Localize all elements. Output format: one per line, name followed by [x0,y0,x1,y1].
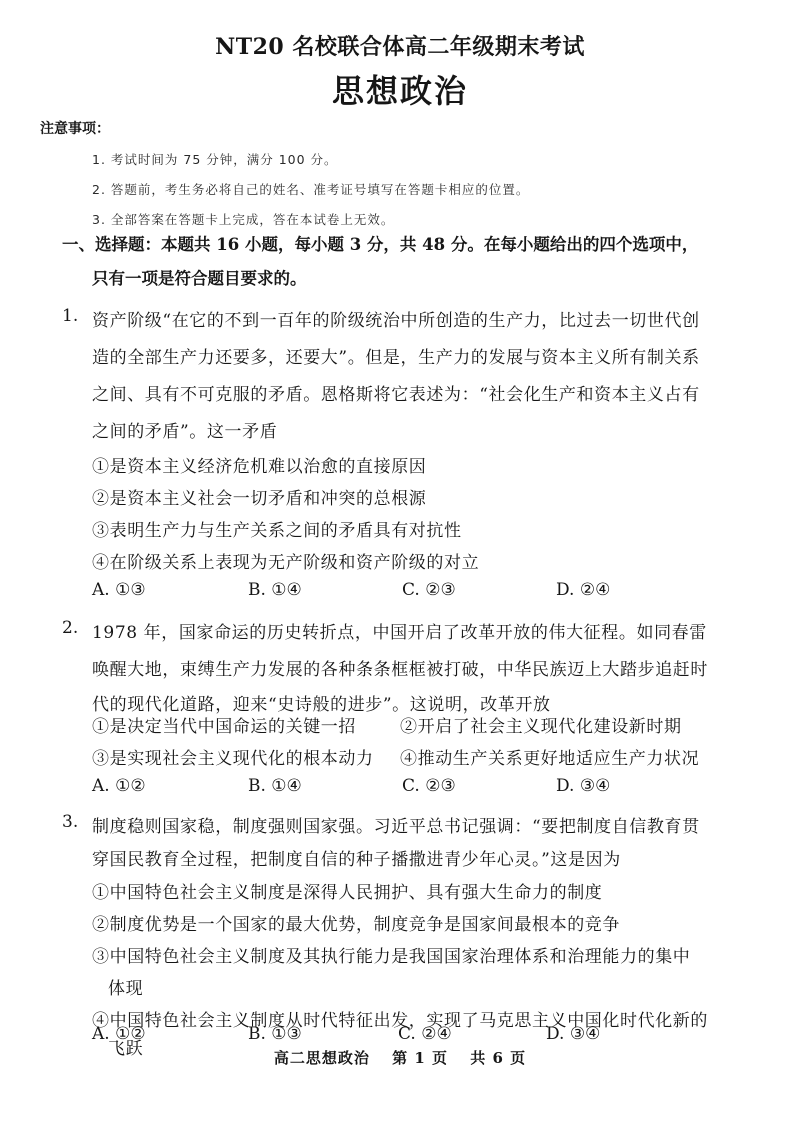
statement: ②制度优势是一个国家的最大优势，制度竞争是国家间最根本的竞争 [92,910,620,935]
choice-a: A. ①② [92,1024,146,1044]
statement: ④在阶级关系上表现为无产阶级和资产阶级的对立 [92,548,479,573]
choice-b: B. ①③ [248,1024,302,1044]
notice-item: 2. 答题前，考生务必将自己的姓名、准考证号填写在答题卡相应的位置。 [92,180,529,198]
choice-d: D. ③④ [546,1024,600,1044]
page-footer: 高二思想政治 第 1 页 共 6 页 [0,1047,800,1068]
question-stem-line: 唤醒大地，束缚生产力发展的各种条条框框被打破，中华民族迈上大踏步追赶时 [92,655,708,680]
choice-a: A. ①② [92,776,146,796]
choice-c: C. ②④ [398,1024,452,1044]
question-number: 2. [62,618,78,638]
choice-c: C. ②③ [402,776,456,796]
question-stem-line: 1978 年，国家命运的历史转折点，中国开启了改革开放的伟大征程。如同春雷 [92,618,707,643]
question-stem-line: 之间的矛盾”。这一矛盾 [92,417,277,442]
statement: ③表明生产力与生产关系之间的矛盾具有对抗性 [92,516,462,541]
section-line: 一、选择题：本题共 16 小题，每小题 3 分，共 48 分。在每小题给出的四个… [62,235,698,254]
footer-subject: 高二思想政治 [274,1049,370,1067]
question-number: 1. [62,306,78,326]
choice-d: D. ②④ [556,580,610,600]
choice-b: B. ①④ [248,580,302,600]
statement: ①中国特色社会主义制度是深得人民拥护、具有强大生命力的制度 [92,878,602,903]
choice-a: A. ①③ [92,580,146,600]
notice-heading: 注意事项： [40,118,110,138]
statement: ①是资本主义经济危机难以治愈的直接原因 [92,452,426,477]
subject-title: 思想政治 [0,66,800,112]
question-stem-line: 穿国民教育全过程，把制度自信的种子播撒进青少年心灵。”这是因为 [92,845,621,870]
section-line: 只有一项是符合题目要求的。 [62,262,782,296]
statement: ②是资本主义社会一切矛盾和冲突的总根源 [92,484,426,509]
footer-page-number: 第 1 页 [392,1049,448,1067]
section-instructions: 一、选择题：本题共 16 小题，每小题 3 分，共 48 分。在每小题给出的四个… [62,228,782,296]
question-stem-line: 制度稳则国家稳，制度强则国家强。习近平总书记强调：“要把制度自信教育贯 [92,812,700,837]
choice-b: B. ①④ [248,776,302,796]
choice-d: D. ③④ [556,776,610,796]
notice-item: 1. 考试时间为 75 分钟，满分 100 分。 [92,150,338,168]
exam-page: NT20 名校联合体高二年级期末考试 思想政治 注意事项： 1. 考试时间为 7… [0,0,800,1132]
statement: ①是决定当代中国命运的关键一招 [92,712,356,737]
statement: ②开启了社会主义现代化建设新时期 [400,712,682,737]
question-stem-line: 资产阶级“在它的不到一百年的阶级统治中所创造的生产力，比过去一切世代创 [92,306,700,331]
notice-item: 3. 全部答案在答题卡上完成，答在本试卷上无效。 [92,210,394,228]
exam-title: NT20 名校联合体高二年级期末考试 [0,30,800,61]
question-stem-line: 之间、具有不可克服的矛盾。恩格斯将它表述为：“社会化生产和资本主义占有 [92,380,700,405]
statement: ④推动生产关系更好地适应生产力状况 [400,744,699,769]
statement: ③是实现社会主义现代化的根本动力 [92,744,374,769]
footer-total-pages: 共 6 页 [470,1049,526,1067]
statement-continuation: 体现 [108,974,143,999]
question-number: 3. [62,812,78,832]
question-stem-line: 造的全部生产力还要多，还要大”。但是，生产力的发展与资本主义所有制关系 [92,343,700,368]
choice-c: C. ②③ [402,580,456,600]
statement: ③中国特色社会主义制度及其执行能力是我国国家治理体系和治理能力的集中 [92,942,690,967]
